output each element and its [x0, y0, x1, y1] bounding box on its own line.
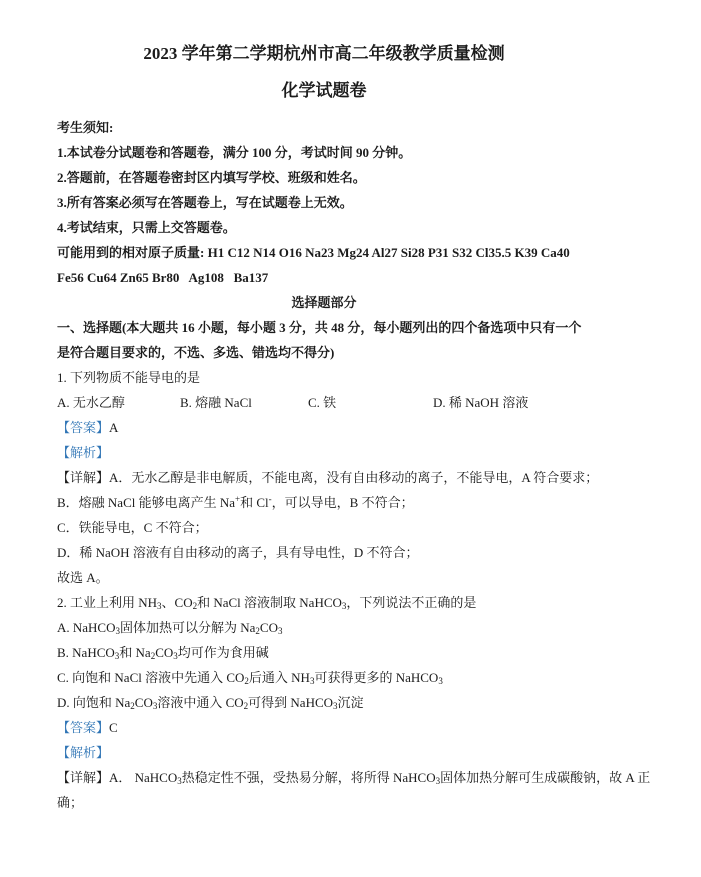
- notice-list: 1.本试卷分试题卷和答题卷，满分 100 分，考试时间 90 分钟。2.答题前，…: [57, 140, 651, 240]
- option: D. 稀 NaOH 溶液: [433, 390, 651, 415]
- question-block-1: 1. 下列物质不能导电的是A. 无水乙醇B. 熔融 NaClC. 铁D. 稀 N…: [57, 365, 651, 590]
- detail-line: 故选 A。: [57, 565, 651, 590]
- section-instruction-line2: 是符合题目要求的，不选、多选、错选均不得分): [57, 340, 651, 365]
- analysis-line: 【解析】: [57, 440, 651, 465]
- notice-item: 1.本试卷分试题卷和答题卷，满分 100 分，考试时间 90 分钟。: [57, 140, 651, 165]
- analysis-line: 【解析】: [57, 740, 651, 765]
- option: D. 向饱和 Na2CO3溶液中通入 CO2可得到 NaHCO3沉淀: [57, 690, 651, 715]
- option: A. 无水乙醇: [57, 390, 180, 415]
- question-stem: 2. 工业上利用 NH3、CO2和 NaCl 溶液制取 NaHCO3，下列说法不…: [57, 590, 651, 615]
- questions-container: 1. 下列物质不能导电的是A. 无水乙醇B. 熔融 NaClC. 铁D. 稀 N…: [57, 365, 651, 815]
- option: A. NaHCO3固体加热可以分解为 Na2CO3: [57, 615, 651, 640]
- detail-line: 【详解】A． NaHCO3热稳定性不强，受热易分解，将所得 NaHCO3固体加热…: [57, 765, 651, 790]
- option: C. 铁: [308, 390, 433, 415]
- section-heading: 选择题部分: [57, 290, 591, 315]
- detail-line: B．熔融 NaCl 能够电离产生 Na+和 Cl-，可以导电，B 不符合；: [57, 490, 651, 515]
- option: B. NaHCO3和 Na2CO3均可作为食用碱: [57, 640, 651, 665]
- exam-document-page: 2023 学年第二学期杭州市高二年级教学质量检测 化学试题卷 考生须知: 1.本…: [0, 0, 701, 877]
- section-instruction-line1: 一、选择题(本大题共 16 小题，每小题 3 分，共 48 分，每小题列出的四个…: [57, 315, 651, 340]
- option: B. 熔融 NaCl: [180, 390, 308, 415]
- answer-line: 【答案】A: [57, 415, 651, 440]
- notice-item: 3.所有答案必须写在答题卷上，写在试题卷上无效。: [57, 190, 651, 215]
- notice-label: 考生须知:: [57, 115, 651, 140]
- question-block-2: 2. 工业上利用 NH3、CO2和 NaCl 溶液制取 NaHCO3，下列说法不…: [57, 590, 651, 815]
- options-row: A. 无水乙醇B. 熔融 NaClC. 铁D. 稀 NaOH 溶液: [57, 390, 651, 415]
- notice-item: 4.考试结束，只需上交答题卷。: [57, 215, 651, 240]
- detail-line: C．铁能导电，C 不符合；: [57, 515, 651, 540]
- detail-line: 【详解】A．无水乙醇是非电解质，不能电离，没有自由移动的离子，不能导电，A 符合…: [57, 465, 651, 490]
- notice-item: 2.答题前，在答题卷密封区内填写学校、班级和姓名。: [57, 165, 651, 190]
- answer-line: 【答案】C: [57, 715, 651, 740]
- document-subtitle: 化学试题卷: [57, 79, 591, 103]
- detail-line: 确；: [57, 790, 651, 815]
- detail-line: D．稀 NaOH 溶液有自由移动的离子，具有导电性，D 不符合；: [57, 540, 651, 565]
- question-stem: 1. 下列物质不能导电的是: [57, 365, 651, 390]
- atomic-mass-line1: 可能用到的相对原子质量: H1 C12 N14 O16 Na23 Mg24 Al…: [57, 240, 651, 265]
- atomic-mass-line2: Fe56 Cu64 Zn65 Br80 Ag108 Ba137: [57, 265, 651, 290]
- option: C. 向饱和 NaCl 溶液中先通入 CO2后通入 NH3可获得更多的 NaHC…: [57, 665, 651, 690]
- document-title: 2023 学年第二学期杭州市高二年级教学质量检测: [57, 42, 591, 66]
